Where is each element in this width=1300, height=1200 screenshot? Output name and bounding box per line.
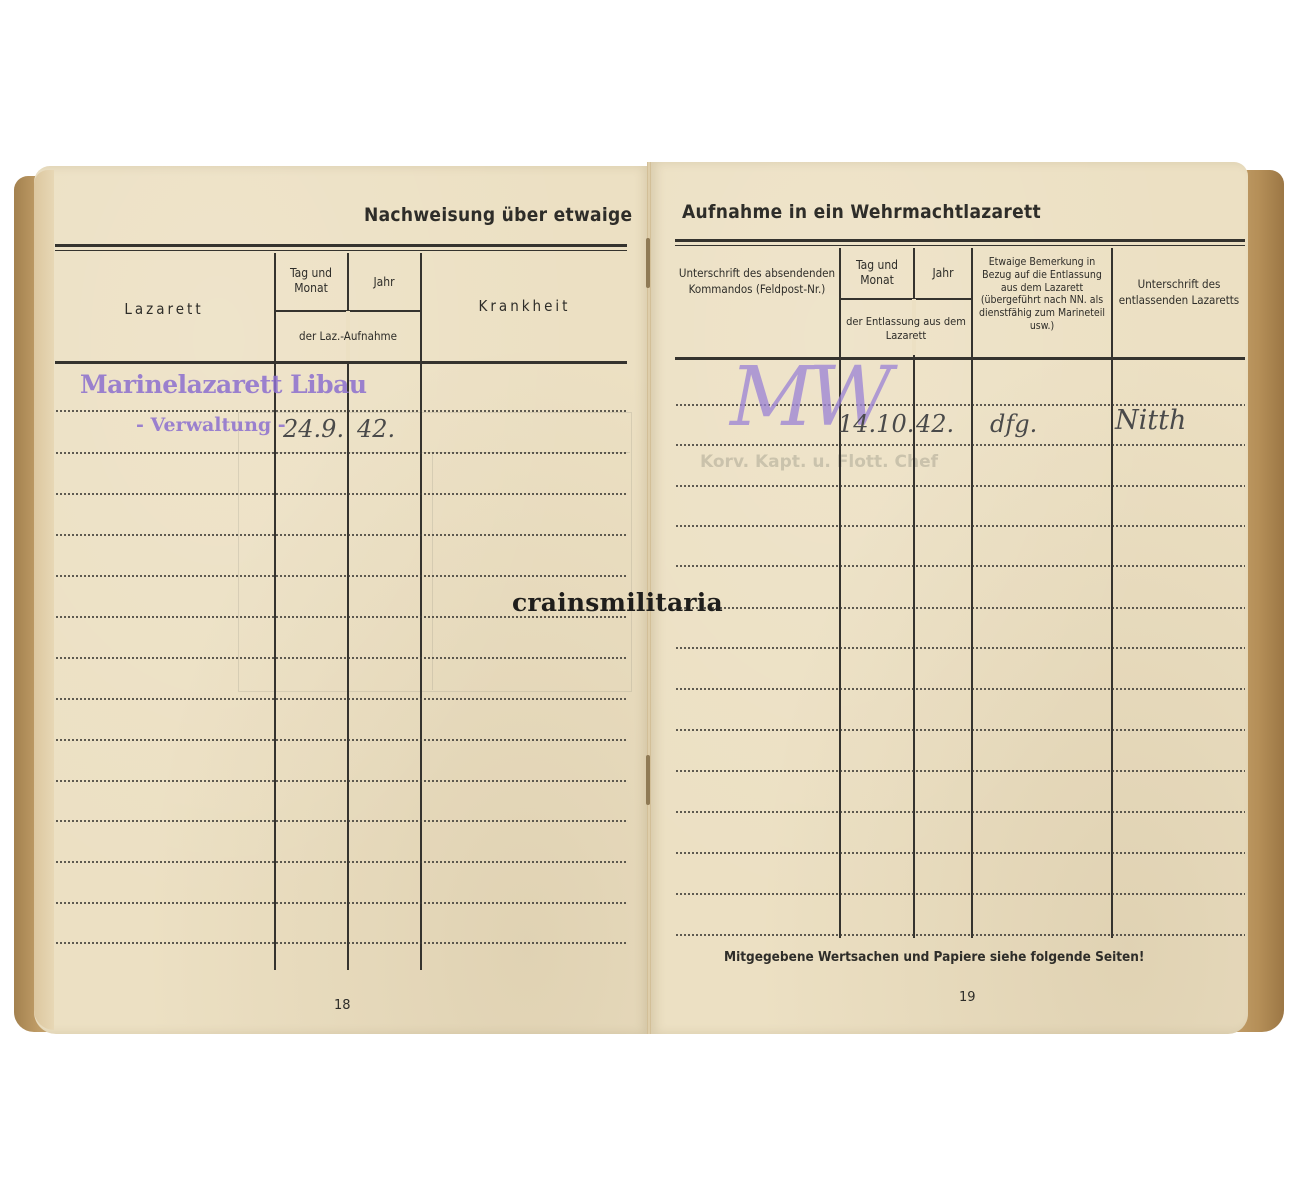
dotted-row xyxy=(55,493,627,495)
dotted-row xyxy=(675,525,1245,527)
col-header-jahr: Jahr xyxy=(349,275,419,290)
dotted-row xyxy=(55,739,627,741)
show-through-text: Korv. Kapt. u. Flott. Chef xyxy=(700,452,938,472)
dotted-row xyxy=(55,657,627,659)
dotted-row xyxy=(675,565,1245,567)
discharge-day-month: 14.10. xyxy=(838,410,914,438)
col-header-tag-monat: Tag und Monat xyxy=(841,258,913,288)
staple-bottom xyxy=(646,755,650,805)
show-through-line xyxy=(432,452,433,690)
discharge-year: 42. xyxy=(916,410,954,438)
dotted-row xyxy=(55,452,627,454)
header-top-rule-thin xyxy=(55,250,627,251)
col-divider-4 xyxy=(1111,248,1113,938)
header-sub-rule xyxy=(839,298,972,300)
dotted-row xyxy=(675,688,1245,690)
col-header-jahr: Jahr xyxy=(915,266,971,281)
col-divider-3 xyxy=(971,248,973,938)
col-header-krankheit: Krankheit xyxy=(422,297,627,316)
dotted-row xyxy=(55,780,627,782)
col-header-tag-monat: Tag und Monat xyxy=(276,266,346,296)
dotted-row xyxy=(55,410,627,412)
admission-year: 42. xyxy=(357,415,395,443)
header-top-rule xyxy=(55,244,627,247)
dotted-row xyxy=(55,861,627,863)
dotted-row xyxy=(55,575,627,577)
staple-top xyxy=(646,238,650,288)
page-number-left: 18 xyxy=(334,998,351,1013)
admission-day-month: 24.9. xyxy=(283,415,344,443)
header-top-rule-thin xyxy=(675,245,1245,246)
dotted-row xyxy=(675,607,1245,609)
left-page-title: Nachweisung über etwaige xyxy=(364,204,632,226)
dotted-row xyxy=(675,852,1245,854)
header-top-rule xyxy=(675,239,1245,242)
left-page-stack-edge xyxy=(34,170,54,1030)
dotted-row xyxy=(55,942,627,944)
show-through-box xyxy=(238,412,632,692)
dotted-row xyxy=(675,485,1245,487)
hospital-stamp-name: Marinelazarett Libau xyxy=(80,370,367,399)
dotted-row xyxy=(55,820,627,822)
right-page-title: Aufnahme in ein Wehrmachtlazarett xyxy=(682,201,1041,223)
dotted-row xyxy=(675,770,1245,772)
dotted-row xyxy=(675,647,1245,649)
discharge-remark: dfg. xyxy=(990,410,1037,438)
discharging-hospital-signature: Nitth xyxy=(1115,405,1186,436)
col-header-lazarett-signature: Unterschrift des entlassenden Lazaretts xyxy=(1113,276,1245,308)
dotted-row xyxy=(675,893,1245,895)
dotted-row xyxy=(55,698,627,700)
dotted-row xyxy=(675,934,1245,936)
header-bottom-rule xyxy=(55,361,627,364)
col-header-lazarett: Lazarett xyxy=(55,300,273,319)
footer-note: Mitgegebene Wertsachen und Papiere siehe… xyxy=(724,949,1144,965)
hospital-stamp-admin: - Verwaltung - xyxy=(136,414,286,436)
col-header-entlassung: der Entlassung aus dem Lazarett xyxy=(841,315,971,343)
watermark: crainsmilitaria xyxy=(512,588,723,617)
dotted-row xyxy=(55,534,627,536)
col-header-bemerkung: Etwaige Bemerkung in Bezug auf die Entla… xyxy=(974,256,1110,333)
col-header-kommando-signature: Unterschrift des absendenden Kommandos (… xyxy=(677,265,837,297)
page-number-right: 19 xyxy=(959,990,976,1005)
dotted-row xyxy=(675,729,1245,731)
col-header-laz-aufnahme: der Laz.-Aufnahme xyxy=(276,329,420,343)
dotted-row xyxy=(55,902,627,904)
dotted-row xyxy=(675,811,1245,813)
